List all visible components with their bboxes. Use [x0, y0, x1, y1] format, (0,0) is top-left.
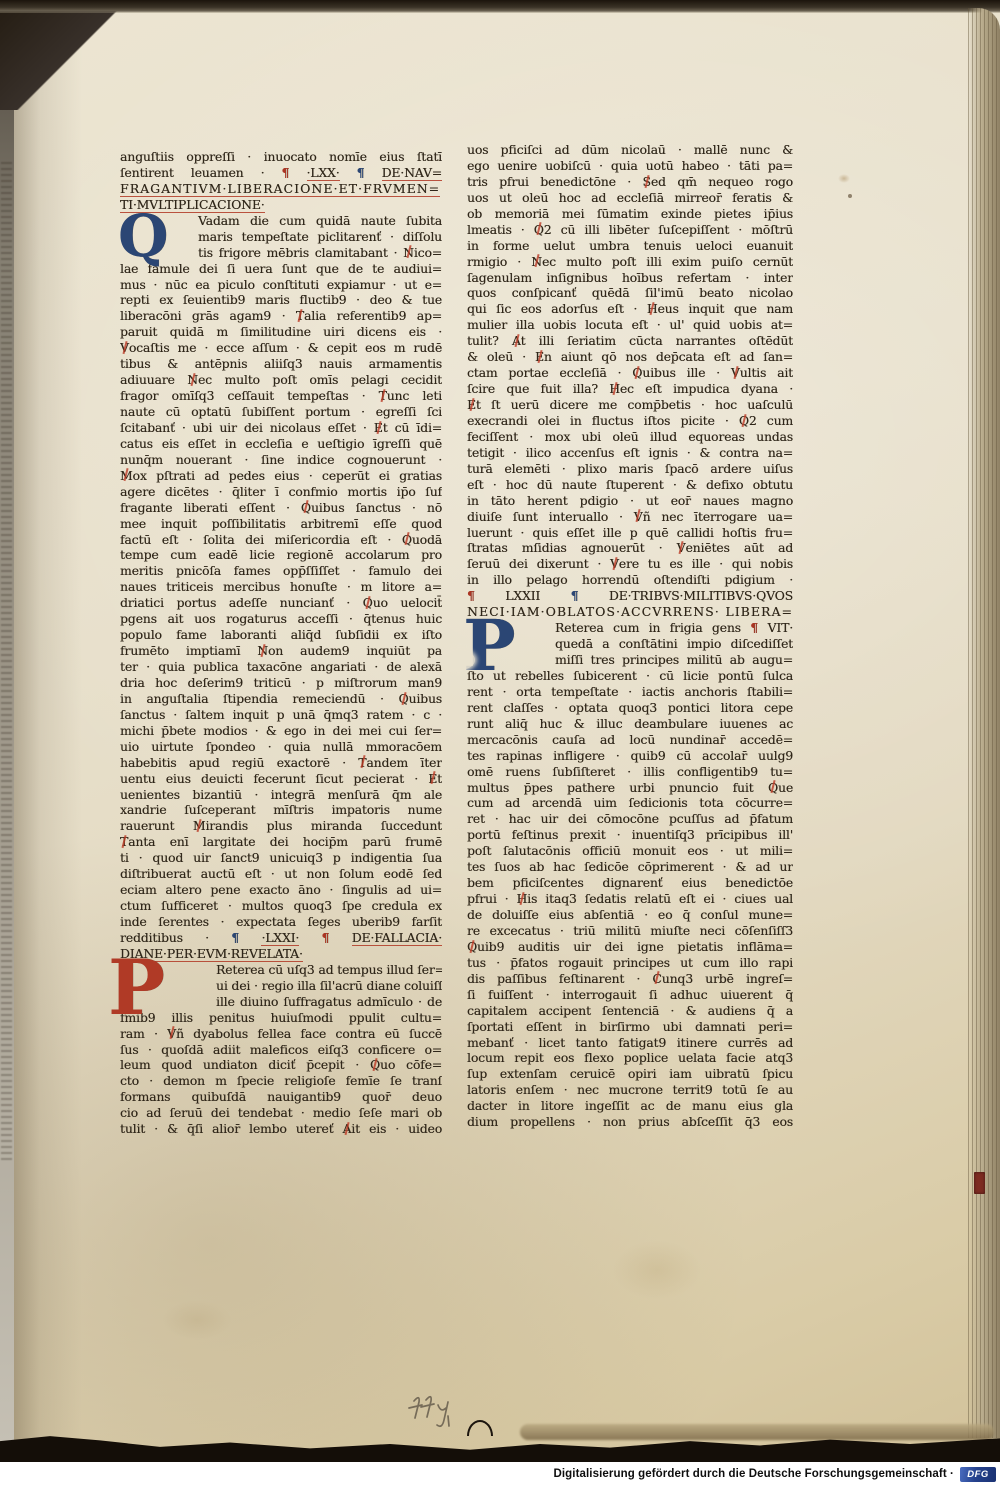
- text-line: fragor omīſq3 ceſſauit tempeſtas · Tunc …: [120, 388, 442, 404]
- text-line: ui dei · regio illa ſil'acrū diane colui…: [120, 978, 442, 994]
- text-line: rent claſſes · optata quoq3 pontici lito…: [467, 700, 793, 716]
- text-line: repti ex ſeuientib9 maris fluctib9 · deo…: [120, 292, 442, 308]
- text-line: catus eis eſſet in eccleſia e ueſtigio ī…: [120, 436, 442, 452]
- text-line: FRAGANTIVM·LIBERACIONE·ET·FRVMEN=: [120, 181, 442, 197]
- rubricated-capital: E: [428, 771, 437, 787]
- book-cover-corner: [0, 0, 120, 110]
- rubricated-capital: Q: [739, 413, 749, 429]
- rubricated-capital: H: [609, 381, 620, 397]
- text-line: ſportati eſſent in birſirmo ubi damnati …: [467, 1019, 793, 1035]
- rubricated-capital: Q: [534, 222, 544, 238]
- text-line: tes rapinas infligere · quib9 cū accolar…: [467, 748, 793, 764]
- text-line: driatici portus adeſſe nuncianť · Quo ue…: [120, 595, 442, 611]
- rubricated-capital: N: [531, 254, 542, 270]
- text-line: ſup extenſam ceruicē opiri iam uibratū ſ…: [467, 1066, 793, 1082]
- text-line: pfrui · His itaq3 ſedatis relatū eſt ei …: [467, 891, 793, 907]
- rubricated-capital: V: [167, 1026, 176, 1042]
- text-line: ſcire que fuit illa? Hec eſt impudica dy…: [467, 381, 793, 397]
- illuminated-initial: Q: [118, 210, 168, 262]
- rubricated-capital: H: [647, 301, 658, 317]
- text-line: Tanta enī largitate dei hocip̄m parū fru…: [120, 834, 442, 850]
- text-line: cto · demon m ſpecie religioſe femīe ſe …: [120, 1073, 442, 1089]
- credit-text: Digitalisierung gefördert durch die Deut…: [553, 1468, 954, 1480]
- text-line: omē ruens ſubſiſteret · illis confligent…: [467, 764, 793, 780]
- text-line: ob memoriā mei ſūmatim exinde pietes ip̄…: [467, 206, 793, 222]
- text-line: ti · quod uir ſanct9 unicuiq3 p indigent…: [120, 850, 442, 866]
- text-line: rauerunt Mirandis plus miranda ſuccedunt: [120, 818, 442, 834]
- text-line: tris pfrui benedictōne · Sed qm̄ nequeo …: [467, 174, 793, 190]
- rubricated-heading-text: DE·FALLACIA·: [352, 930, 442, 946]
- text-line: lmeatis · Q2 cū illi libēter ſuſcepiſſen…: [467, 222, 793, 238]
- paragraph-mark-red: ¶: [467, 588, 475, 603]
- rubricated-capital: A: [342, 1121, 351, 1137]
- text-line: rmigio · Nec multo poſt illi exim puiſo …: [467, 254, 793, 270]
- paragraph-mark-blue: ¶: [571, 588, 579, 603]
- rubricated-capital: Q: [301, 500, 311, 516]
- text-line: ſi fuiſſent · interrogauit ſi adhuc uiue…: [467, 987, 793, 1003]
- text-line: mulier illa uobis locuta eſt · ul' quid …: [467, 317, 793, 333]
- text-line: ſagenulam inſignibus hoībus refertam · i…: [467, 270, 793, 286]
- rubricated-heading-text: DE·TRIBVS·MILITIBVS·QVOS: [609, 588, 793, 604]
- dfg-logo-text: DFG: [967, 1469, 989, 1480]
- text-line: Reterea cū uſq3 ad tempus illud ſer=: [120, 962, 442, 978]
- text-line: ram · Vñ dyabolus fellea face contra eū …: [120, 1026, 442, 1042]
- text-line: tus · p̄fatos rogauit principes ut cum i…: [467, 955, 793, 971]
- text-line: multus p̄pes pathere urbi pnuncio fuit Q…: [467, 780, 793, 796]
- text-line: ¶ LXXII ¶ DE·TRIBVS·MILITIBVS·QVOS: [467, 588, 793, 604]
- book-page: anguſtiis oppreſſi · inuocato nomīe eius…: [12, 10, 1000, 1462]
- page-fore-edge: [968, 8, 1000, 1438]
- paragraph-mark-blue: ¶: [357, 165, 365, 180]
- text-line: qui ſic eos adorſus eſt · Heus inquit qu…: [467, 301, 793, 317]
- paragraph-mark-red: ¶: [322, 930, 330, 945]
- text-line: bem pficiſcentes dignarenť eius benedict…: [467, 875, 793, 891]
- rubricated-capital: V: [677, 540, 686, 556]
- text-column-right: uos pficiſci ad dūm nicolaū · mallē nunc…: [467, 142, 793, 1130]
- paper-stain: [612, 1240, 702, 1300]
- text-line: xandrie ſuſceperant mīſtris impatoris nu…: [120, 802, 442, 818]
- text-line: lae famule dei ſi uera ſunt que de te au…: [120, 261, 442, 277]
- rubricated-capital: Q: [467, 939, 477, 955]
- text-line: NECI·IAM·OBLATOS·ACCVRRENS· LIBERA=: [467, 604, 793, 620]
- rubricated-capital: E: [374, 420, 383, 436]
- rubricated-capital: M: [120, 468, 133, 484]
- rubricated-capital: A: [512, 333, 521, 349]
- text-line: turā elemēti · plixo maris ſpacō ardere …: [467, 461, 793, 477]
- rubricated-capital: T: [120, 834, 128, 850]
- text-line: nunq̄m nouerant · ſine indice cognouerun…: [120, 452, 442, 468]
- text-line: DIANE·PER·EVM·REVELATA·: [120, 946, 442, 962]
- text-line: feciſſent · mox ubi oleū illud equoreas …: [467, 429, 793, 445]
- handwritten-quire-mark: [407, 1392, 455, 1434]
- text-block: QVadam die cum quidā naute ſubitamaris t…: [120, 213, 442, 962]
- text-block: uos pficiſci ad dūm nicolaū · mallē nunc…: [467, 142, 793, 620]
- text-line: populo fame laboranti aliq̄d ſubſidii ex…: [120, 627, 442, 643]
- text-line: de doluiſſe eius abſentiā · eo q̄ conſul…: [467, 907, 793, 923]
- text-line: runt aliq̄ huc & illuc deambulare iuuene…: [467, 716, 793, 732]
- text-line: in anguſtalia ſtipendia remeciendū · Qui…: [120, 691, 442, 707]
- rubricated-heading-text: LXXII: [505, 588, 540, 604]
- rubricated-heading-text: DE·NAV=: [382, 165, 442, 181]
- text-block: anguſtiis oppreſſi · inuocato nomīe eius…: [120, 149, 442, 213]
- text-line: paruit quidā m ſimilitudine uiri dicens …: [120, 324, 442, 340]
- paper-stain: [838, 174, 850, 183]
- rubricated-capital: S: [643, 174, 651, 190]
- rubricated-capital: V: [731, 365, 740, 381]
- text-line: ſentirent leuamen · ¶ ·LXX· ¶ DE·NAV=: [120, 165, 442, 181]
- text-line: mus · nūc ea piculo conſtituti expiamur …: [120, 277, 442, 293]
- text-line: frumēto imptiamī Non audem9 inquiūt pa: [120, 643, 442, 659]
- illuminated-initial: P: [463, 614, 516, 677]
- text-line: tempe cum eadē licie regionē accolarum p…: [120, 547, 442, 563]
- facing-page-text-showthrough: [1, 160, 12, 1160]
- text-line: quos conſpicanť quēdā ſil'imū beato nico…: [467, 285, 793, 301]
- text-line: ſtratas mſidias agnouerūt · Veniētes aūt…: [467, 540, 793, 556]
- text-line: mercacōnis cauſa ad locū nundinar̄ acced…: [467, 732, 793, 748]
- text-line: re excecatus · triū militū miuſte neci c…: [467, 923, 793, 939]
- bookmark-tab: [974, 1172, 985, 1194]
- text-line: uio uirtute ſpondeo · quia nullā mmoracō…: [120, 739, 442, 755]
- rubricated-capital: Q: [399, 691, 409, 707]
- text-line: diſtribuerat auctū eſt · ut non ſolum eo…: [120, 866, 442, 882]
- rubricated-capital: Q: [768, 780, 778, 796]
- text-line: meritis pnicōſa fames opp̄ſſiſſet · famu…: [120, 563, 442, 579]
- text-line: tibus & antēpnis aliiſq3 nauis armamenti…: [120, 356, 442, 372]
- text-line: & oleū · En aiunt qō nos dep̄cata eſt ad…: [467, 349, 793, 365]
- dfg-logo: DFG: [960, 1467, 996, 1482]
- text-line: anguſtiis oppreſſi · inuocato nomīe eius…: [120, 149, 442, 165]
- text-line: tes ſuos ab hac ſedicōe cōprimerent · & …: [467, 859, 793, 875]
- text-line: Et ſt uerū dicere me comp̄betis · hoc ua…: [467, 397, 793, 413]
- text-line: uos pficiſci ad dūm nicolaū · mallē nunc…: [467, 142, 793, 158]
- paragraph-mark-blue: ¶: [231, 930, 239, 945]
- illuminated-initial: P: [108, 954, 165, 1022]
- text-line: leum quod undiaton diciť p̄cepit · Quo c…: [120, 1057, 442, 1073]
- text-line: liberacōni grās agam9 · Talia referentib…: [120, 308, 442, 324]
- text-line: tulit · & q̄ſi alior̄ lembo utereť Ait e…: [120, 1121, 442, 1137]
- text-line: execrandi olei in fluctus iſtos picite ·…: [467, 413, 793, 429]
- text-line: inde ſerentes · expectata ſeges uberib9 …: [120, 914, 442, 930]
- rubricated-capital: V: [120, 340, 129, 356]
- text-line: uentu eius deuicti fecerunt ſicut pecier…: [120, 771, 442, 787]
- text-line: Mox pſtrati ad pedes eius · ceperūt ei g…: [120, 468, 442, 484]
- text-line: miſſi tres principes militū ab augu=: [467, 652, 793, 668]
- text-line: in illo pelago horrendū oſtendiſti pdigi…: [467, 572, 793, 588]
- initial-damage-patch: [443, 650, 475, 670]
- rubricated-capital: E: [467, 397, 476, 413]
- text-line: habebitis apud regiū exactorē · Tandem ī…: [120, 755, 442, 771]
- text-line: Reterea cum in frigia gens ¶ VIT·: [467, 620, 793, 636]
- paragraph-mark-red: ¶: [282, 165, 290, 180]
- rubricated-capital: C: [652, 971, 661, 987]
- rubricated-heading-text: VIT·: [768, 620, 793, 636]
- text-line: tulit? At illi ſeriatim cūcta narrantes …: [467, 333, 793, 349]
- rubricated-capital: Q: [402, 532, 412, 548]
- text-line: cio ad ſeruū dei tendebat · medio ſeſe m…: [120, 1105, 442, 1121]
- text-block: PReterea cū uſq3 ad tempus illud ſer=ui …: [120, 962, 442, 1137]
- text-line: in tāto herent pdigio · ut eor̄ naues ma…: [467, 493, 793, 509]
- text-line: dria hoc deſerim9 triticū · p miſtrorum …: [120, 675, 442, 691]
- text-line: uos ut oleū hoc ad eccleſiā mirreor̄ fer…: [467, 190, 793, 206]
- text-line: luerunt · quis eſſet ille p quē callidi …: [467, 525, 793, 541]
- rubricated-capital: T: [296, 308, 304, 324]
- text-line: fmib9 illis penitus huiuſmodi ppulit cul…: [120, 1010, 442, 1026]
- text-line: formans quibuſdā nauigantib9 quor̄ deuo: [120, 1089, 442, 1105]
- text-line: ſcitabanť · ubi uir dei nicolaus eſſet ·…: [120, 420, 442, 436]
- text-line: diuiſe ſunt interuallo · Vñ nec īterroga…: [467, 509, 793, 525]
- text-line: Vocaſtis me · ecce aſſum · & cepit eos m…: [120, 340, 442, 356]
- text-line: ſto ut rebelles ſubicerent · cū licie po…: [467, 668, 793, 684]
- text-line: naues triticeis mercibus honuſte · m lit…: [120, 579, 442, 595]
- text-line: ctum ſufficeret · multos quoq3 ſpe credu…: [120, 898, 442, 914]
- paper-stain: [162, 1300, 232, 1340]
- text-line: dium propellens · non prius abſceſſit q̄…: [467, 1114, 793, 1130]
- bottom-page-edges: [520, 1424, 994, 1440]
- rubricated-capital: N: [187, 372, 198, 388]
- rubricated-capital: V: [610, 556, 619, 572]
- text-line: dis paſſibus feſtinarent · Cunq3 urbē in…: [467, 971, 793, 987]
- text-line: poſt ſalutacōnis officiū monuit eos · ut…: [467, 843, 793, 859]
- text-line: ſanctus · ſaltem inquit p unā q̄mq3 rate…: [120, 707, 442, 723]
- text-line: mebanť · licet tanto fatigat9 itinere cu…: [467, 1035, 793, 1051]
- text-line: tetigit · ilico accenſus eſt ignis · & c…: [467, 445, 793, 461]
- text-line: ſeruū dei dixerunt · Vere tu es ille · q…: [467, 556, 793, 572]
- text-line: ret · hac uir dei cōmocōne pcuſſus ad p̄…: [467, 811, 793, 827]
- text-line: ter · quia publica taxacōne angariati · …: [120, 659, 442, 675]
- text-column-left: anguſtiis oppreſſi · inuocato nomīe eius…: [120, 149, 442, 1137]
- rubricated-heading-text: FRAGANTIVM·LIBERACIONE·ET·FRVMEN=: [120, 181, 440, 197]
- rubricated-heading-text: NECI·IAM·OBLATOS·ACCVRRENS· LIBERA=: [467, 604, 793, 620]
- text-line: ſus · quoſdā adiit maleficos eiſq3 confi…: [120, 1042, 442, 1058]
- ink-speck: [848, 194, 852, 198]
- rubricated-capital: Q: [363, 595, 373, 611]
- paragraph-mark-red: ¶: [750, 620, 758, 635]
- text-line: dacter in litore ingeſſit ac de manu eiu…: [467, 1098, 793, 1114]
- rubricated-capital: N: [257, 643, 268, 659]
- text-line: uenientes bizantiū · integrā menſurā q̄m…: [120, 787, 442, 803]
- text-line: locum repit eos flexo poplice uelata fac…: [467, 1050, 793, 1066]
- digitization-credit-bar: Digitalisierung gefördert durch die Deut…: [0, 1462, 1000, 1486]
- rubricated-heading-text: ·LXXI·: [261, 930, 299, 946]
- text-line: ego uenire uobiſcū · quia uotū habeo · t…: [467, 158, 793, 174]
- text-line: portū feſtinus prexit · inuentiſq3 prīci…: [467, 827, 793, 843]
- rubricated-capital: M: [193, 818, 206, 834]
- text-line: adiuuare Nec multo poſt omīs pelagi ceci…: [120, 372, 442, 388]
- text-line: eciam altero pene exacto āno · ſingulis …: [120, 882, 442, 898]
- text-line: cum ad arcendā uim ſedicionis tota cōcur…: [467, 795, 793, 811]
- rubricated-capital: Q: [370, 1057, 380, 1073]
- rubricated-capital: H: [517, 891, 528, 907]
- text-line: agere dicētes · q̄liter ī confmio mortis…: [120, 484, 442, 500]
- rubricated-capital: Q: [632, 365, 642, 381]
- text-line: rent · orta tempeſtate · iactis anchoris…: [467, 684, 793, 700]
- text-block: PReterea cum in frigia gens ¶ VIT·quedā …: [467, 620, 793, 1130]
- text-line: quedā a conſtātini impio diſcediſſet: [467, 636, 793, 652]
- text-line: capitalem accipent ſentenciā · & audiens…: [467, 1003, 793, 1019]
- rubricated-capital: T: [358, 755, 366, 771]
- rubricated-capital: E: [535, 349, 544, 365]
- rubricated-capital: N: [403, 245, 414, 261]
- text-line: pgens ait uos rogaturus acceſſi · q̄tenu…: [120, 611, 442, 627]
- text-line: redditibus · ¶ ·LXXI· ¶ DE·FALLACIA·: [120, 930, 442, 946]
- text-line: in forme uelut umbra tenuis ueloci euanu…: [467, 238, 793, 254]
- text-line: naute cū optatū ſubiſſent portum · egreſ…: [120, 404, 442, 420]
- rubricated-heading-text: ·LXX·: [307, 165, 340, 181]
- rubricated-capital: V: [634, 509, 643, 525]
- text-line: factū eſt · ſolita dei miſericordia eſt …: [120, 532, 442, 548]
- text-line: Quib9 auditis uir dei igne pietatis infl…: [467, 939, 793, 955]
- text-line: latoris enſem · nec mucrone territ9 totū…: [467, 1082, 793, 1098]
- text-line: ctam portae eccleſiā · Quibus ille · Vul…: [467, 365, 793, 381]
- text-line: mee inquit poſſibilitatis arbitremī eſſe…: [120, 516, 442, 532]
- text-line: michi p̄bete modios · & ego in dei mei c…: [120, 723, 442, 739]
- text-line: fragante liberati eſſent · Quibus ſanctu…: [120, 500, 442, 516]
- book-top-edge: [0, 0, 1000, 13]
- text-line: ille diuino ſuffragatus admīculo · de: [120, 994, 442, 1010]
- gutter-shadow: [12, 10, 82, 1462]
- text-line: eſt · hoc dū naute ſtuperent · & defixo …: [467, 477, 793, 493]
- book-scan-photo: anguſtiis oppreſſi · inuocato nomīe eius…: [0, 0, 1000, 1486]
- rubricated-capital: T: [379, 388, 387, 404]
